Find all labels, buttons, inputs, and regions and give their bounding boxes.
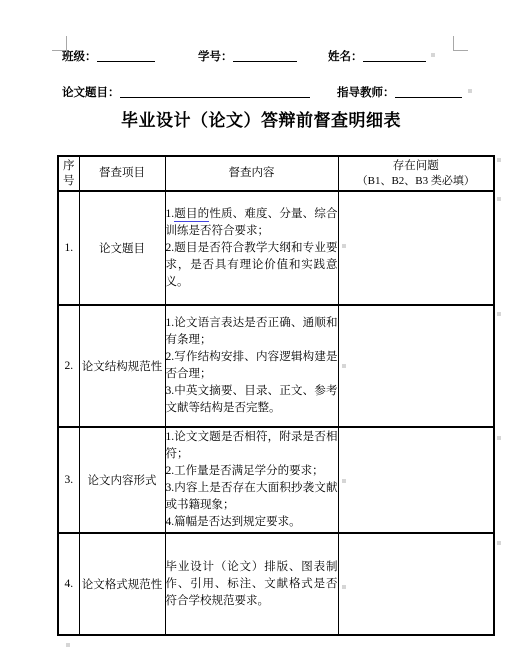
header-item: 督查项目 [79, 156, 165, 191]
table-row: 2. 论文结构规范性 1.论文语言表达是否正确、通顺和有条理； 2.写作结构安排… [58, 305, 494, 427]
problem-cell-empty[interactable] [338, 191, 494, 305]
content-item-number: 1. [166, 208, 175, 220]
content-item: 3.内容上是否存在大面积抄袭文献或书籍现象； [166, 480, 338, 514]
row-end-mark [497, 541, 501, 545]
row-content: 1.题目的性质、难度、分量、综合训练是否符合要求； 2.题目是否符合教学大纲和专… [165, 191, 338, 305]
grammar-check-underlined-text: 题目的 [174, 208, 209, 222]
empty-cell-paragraph-mark [342, 585, 346, 589]
advisor-blank-field[interactable] [395, 85, 462, 98]
advisor-label: 指导教师： [337, 87, 395, 99]
paragraph-mark [468, 89, 472, 93]
thesis-title-field: 论文题目： [62, 84, 310, 100]
header-content: 督查内容 [165, 156, 338, 191]
row-item: 论文结构规范性 [79, 305, 165, 427]
class-field: 班级： [62, 48, 155, 64]
header-problem-line2: （B1、B2、B3 类必填） [339, 174, 494, 189]
document-page: 班级： 学号： 姓名： 论文题目： 指导教师： 毕业设计（论文）答辩前督查明细表… [0, 0, 522, 659]
problem-cell-empty[interactable] [338, 427, 494, 533]
empty-cell-paragraph-mark [342, 479, 346, 483]
problem-cell-empty[interactable] [338, 305, 494, 427]
name-blank-field[interactable] [363, 49, 426, 62]
row-item: 论文格式规范性 [79, 533, 165, 635]
content-item: 1.题目的性质、难度、分量、综合训练是否符合要求； [166, 206, 338, 240]
student-no-field: 学号： [198, 48, 297, 64]
paragraph-mark [431, 53, 435, 57]
row-item: 论文内容形式 [79, 427, 165, 533]
class-blank-field[interactable] [97, 49, 155, 62]
advisor-field: 指导教师： [337, 84, 462, 100]
table-row: 3. 论文内容形式 1.论文文题是否相符，附录是否相符； 2.工作量是否满足学分… [58, 427, 494, 533]
row-end-mark [497, 436, 501, 440]
student-no-blank-field[interactable] [233, 49, 297, 62]
name-label: 姓名： [328, 51, 363, 63]
content-item: 2.题目是否符合教学大纲和专业要求，是否具有理论价值和实践意义。 [166, 240, 338, 291]
row-end-mark [497, 158, 501, 162]
content-item: 1.论文文题是否相符，附录是否相符； [166, 429, 338, 463]
row-content: 毕业设计（论文）排版、图表制作、引用、标注、文献格式是否符合学校规范要求。 [165, 533, 338, 635]
page-title: 毕业设计（论文）答辩前督查明细表 [0, 106, 522, 131]
content-item: 3.中英文摘要、目录、正文、参考文献等结构是否完整。 [166, 383, 338, 417]
student-no-label: 学号： [198, 51, 233, 63]
problem-cell-empty[interactable] [338, 533, 494, 635]
name-field: 姓名： [328, 48, 426, 64]
empty-cell-paragraph-mark [342, 364, 346, 368]
table-header-row: 序号 督查项目 督查内容 存在问题 （B1、B2、B3 类必填） [58, 156, 494, 191]
row-content: 1.论文文题是否相符，附录是否相符； 2.工作量是否满足学分的要求； 3.内容上… [165, 427, 338, 533]
content-item: 毕业设计（论文）排版、图表制作、引用、标注、文献格式是否符合学校规范要求。 [166, 559, 338, 610]
empty-cell-paragraph-mark [342, 244, 346, 248]
content-item: 2.写作结构安排、内容逻辑构建是否合理； [166, 349, 338, 383]
content-item: 2.工作量是否满足学分的要求； [166, 463, 338, 480]
row-no: 1. [58, 191, 79, 305]
header-problem-line1: 存在问题 [339, 159, 494, 174]
header-problem: 存在问题 （B1、B2、B3 类必填） [338, 156, 494, 191]
content-item: 1.论文语言表达是否正确、通顺和有条理； [166, 315, 338, 349]
paragraph-mark [66, 643, 70, 647]
inspection-table: 序号 督查项目 督查内容 存在问题 （B1、B2、B3 类必填） 1. 论文题目… [57, 155, 495, 636]
row-no: 4. [58, 533, 79, 635]
table-row: 1. 论文题目 1.题目的性质、难度、分量、综合训练是否符合要求； 2.题目是否… [58, 191, 494, 305]
header-no: 序号 [58, 156, 79, 191]
row-no: 2. [58, 305, 79, 427]
thesis-title-label: 论文题目： [62, 87, 120, 99]
row-end-mark [497, 197, 501, 201]
class-label: 班级： [62, 51, 97, 63]
row-item: 论文题目 [79, 191, 165, 305]
margin-corner-mark-top-right [453, 36, 468, 51]
row-end-mark [497, 312, 501, 316]
row-no: 3. [58, 427, 79, 533]
thesis-title-blank-field[interactable] [120, 85, 310, 98]
paragraph-mark [396, 120, 400, 124]
table-row: 4. 论文格式规范性 毕业设计（论文）排版、图表制作、引用、标注、文献格式是否符… [58, 533, 494, 635]
row-content: 1.论文语言表达是否正确、通顺和有条理； 2.写作结构安排、内容逻辑构建是否合理… [165, 305, 338, 427]
content-item: 4.篇幅是否达到规定要求。 [166, 514, 338, 531]
